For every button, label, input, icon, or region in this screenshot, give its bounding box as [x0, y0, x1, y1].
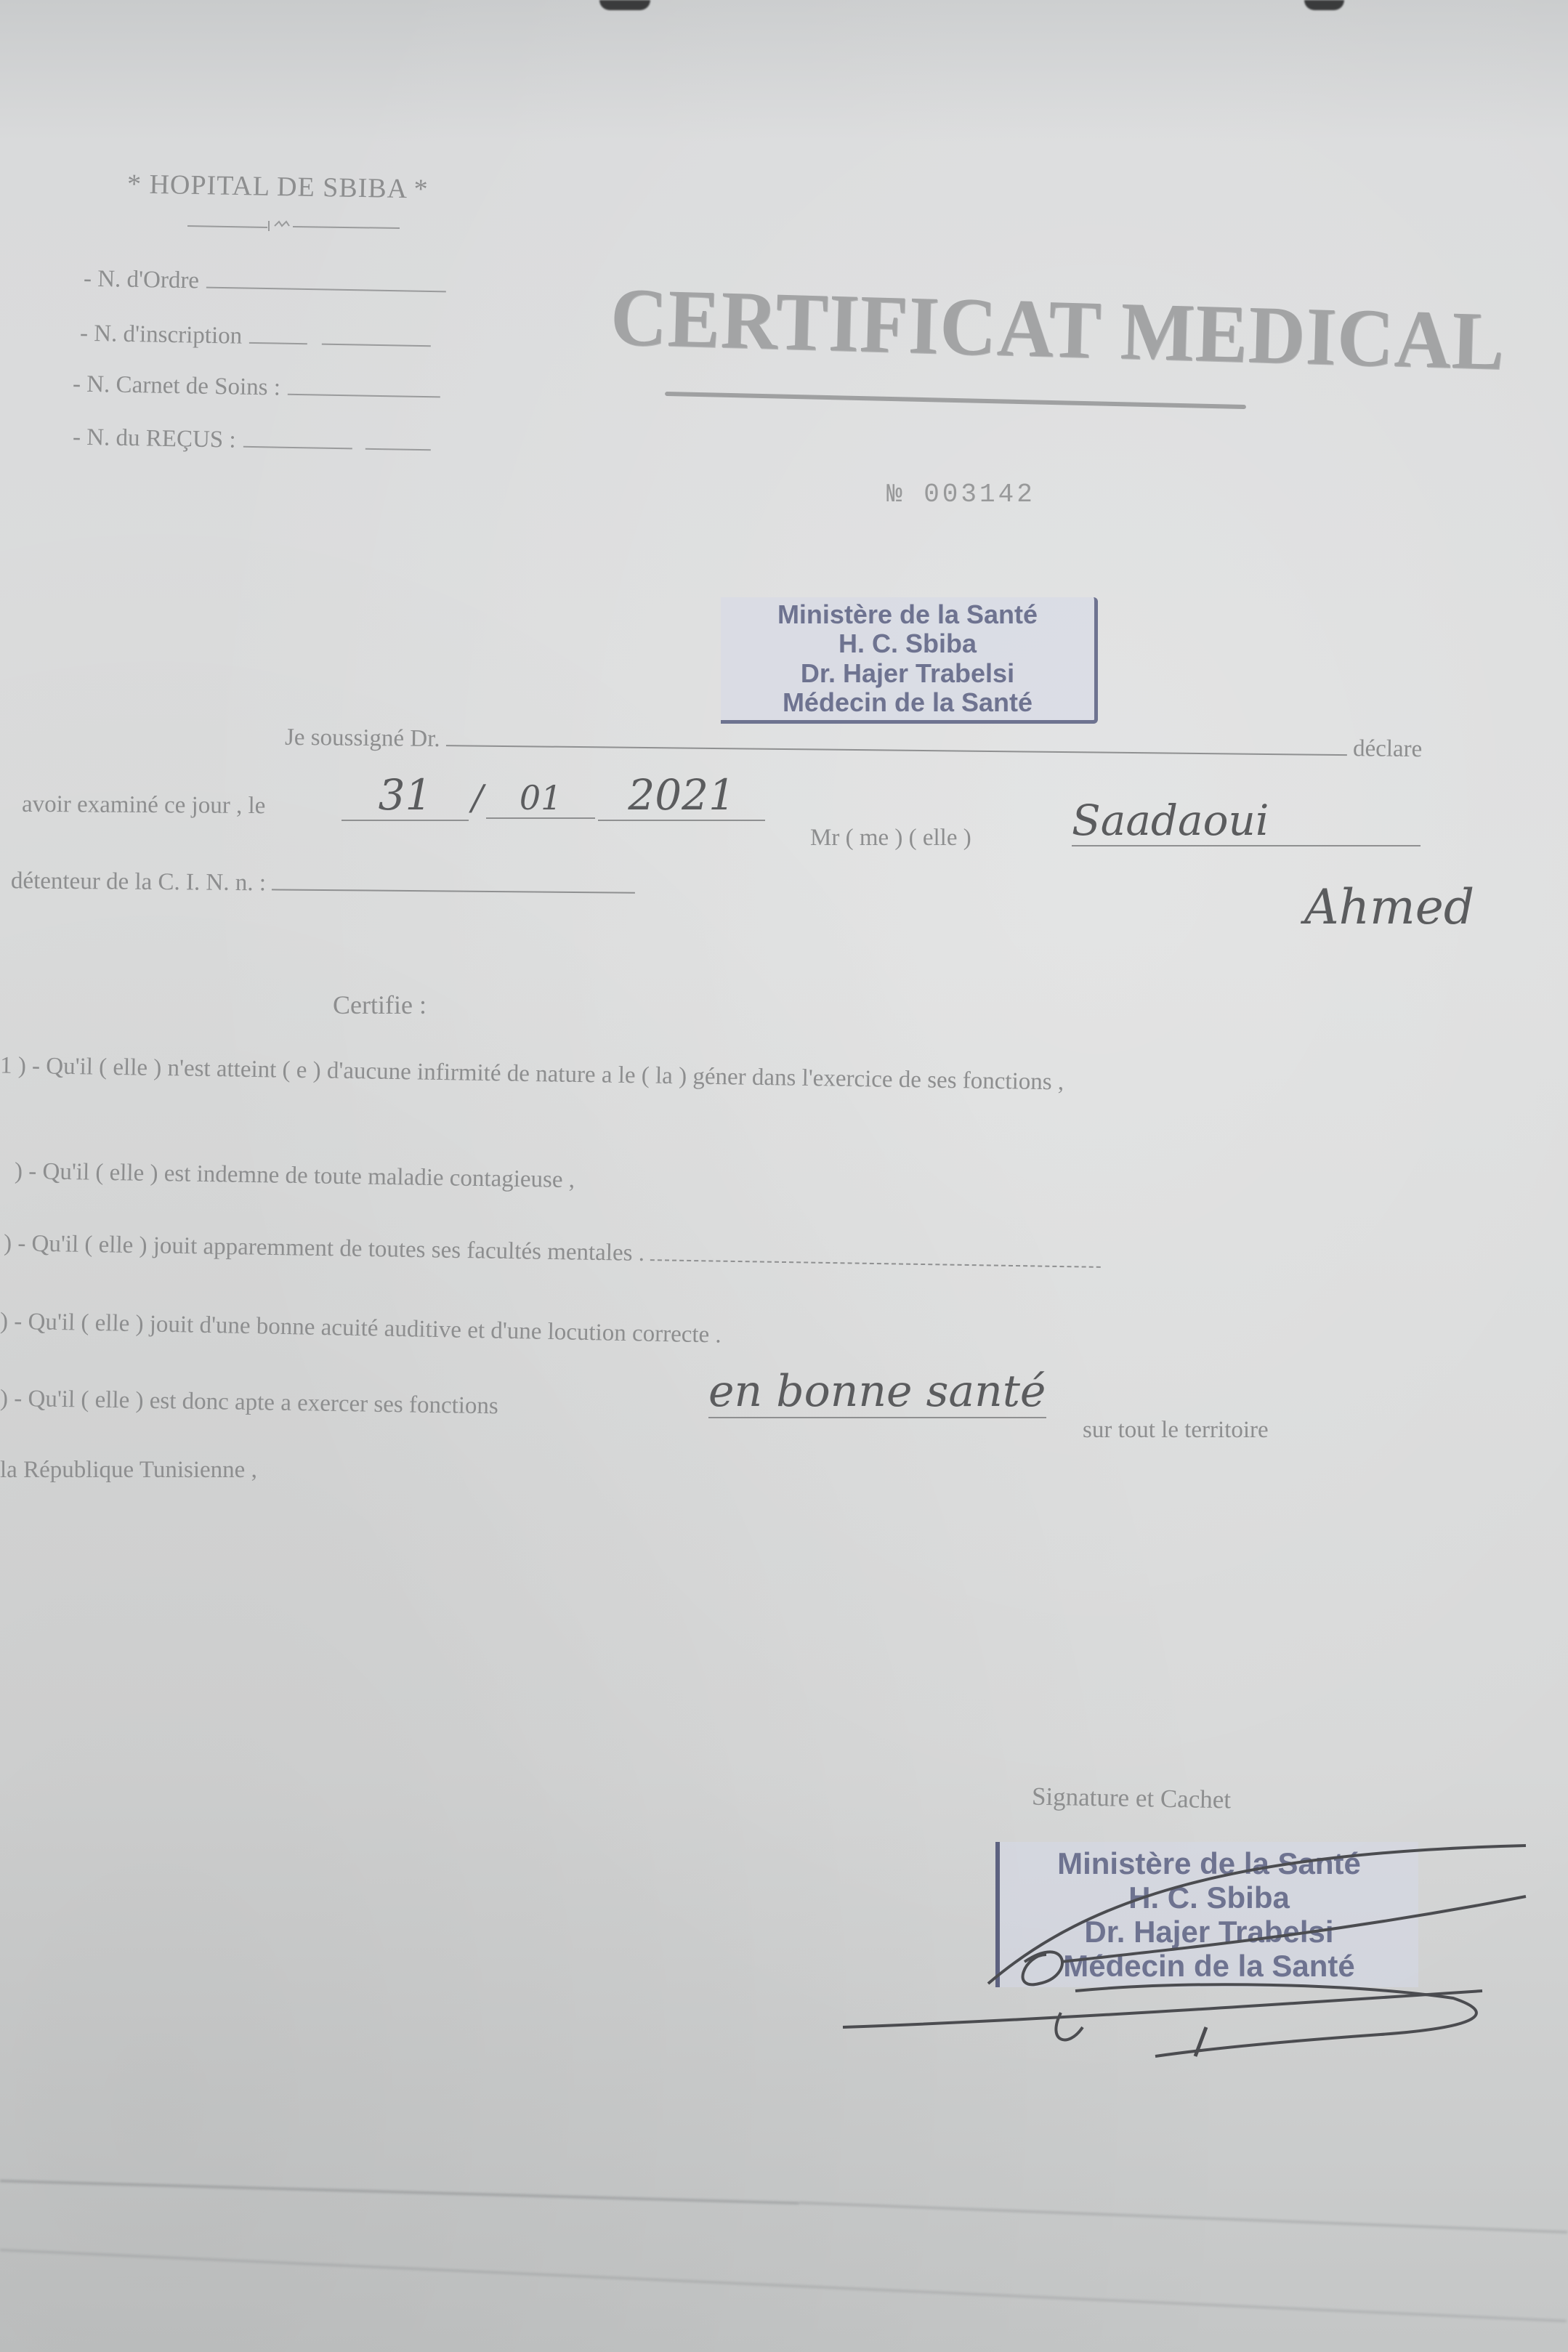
doctor-stamp-top: Ministère de la Santé H. C. Sbiba Dr. Ha… [721, 597, 1098, 724]
stamp-line-doctor: Dr. Hajer Trabelsi [725, 659, 1090, 688]
stamp-line-ministry: Ministère de la Santé [725, 600, 1090, 629]
exam-date-month[interactable]: 01 [486, 778, 595, 819]
care-book-number-field: - N. Carnet de Soins : [73, 371, 441, 405]
ornament-divider [187, 219, 400, 233]
statement-text: - Qu'il ( elle ) jouit apparemment de to… [17, 1230, 644, 1266]
exam-date-day[interactable]: 31 [342, 770, 469, 821]
cin-line: détenteur de la C. I. N. n. : [11, 868, 636, 900]
statement-number: ) [0, 1308, 8, 1334]
receipt-number-rule [365, 448, 430, 451]
receipt-number-label: - N. du REÇUS : [73, 424, 236, 453]
doctor-signature [828, 1809, 1526, 2071]
inscription-number-rule [322, 344, 431, 347]
title-underline [665, 392, 1246, 409]
binder-clip-shadow [599, 0, 650, 10]
stamp-line-title: Médecin de la Santé [725, 688, 1090, 717]
exam-date: 31 / 01 2021 [342, 770, 765, 821]
serial-number: № 003142 [886, 480, 1035, 509]
care-book-number-input[interactable] [288, 394, 440, 398]
care-book-number-label: - N. Carnet de Soins : [73, 371, 281, 401]
statement-number: 1 ) [0, 1053, 26, 1080]
statement-text: - Qu'il ( elle ) est indemne de toute ma… [28, 1158, 575, 1193]
receipt-number-input[interactable] [243, 446, 352, 450]
declare-label: déclare [1353, 735, 1423, 762]
stamp-line-hospital: H. C. Sbiba [725, 629, 1090, 658]
statement-5-suffix: sur tout le territoire [1083, 1417, 1269, 1444]
show-through-line [0, 2249, 1567, 2322]
show-through-line [0, 2180, 799, 2205]
cin-label: détenteur de la C. I. N. n. : [11, 868, 266, 896]
inscription-number-input[interactable] [249, 342, 307, 344]
order-number-label: - N. d'Ordre [84, 266, 200, 294]
date-separator: / [472, 777, 483, 818]
inscription-number-field: - N. d'inscription [80, 320, 432, 353]
show-through-line [799, 2202, 1567, 2234]
statement-4: ) - Qu'il ( elle ) jouit d'une bonne acu… [0, 1308, 722, 1349]
statement-text: - Qu'il ( elle ) n'est atteint ( e ) d'a… [32, 1053, 1064, 1095]
statement-2: ) - Qu'il ( elle ) est indemne de toute … [15, 1158, 575, 1194]
statement-text: - Qu'il ( elle ) jouit d'une bonne acuit… [14, 1309, 722, 1349]
examined-line: avoir examiné ce jour , le [22, 791, 266, 820]
hospital-name: * HOPITAL DE SBIBA * [127, 168, 429, 205]
statement-3: ) - Qu'il ( elle ) jouit apparemment de … [4, 1230, 1102, 1274]
statement-3-rule [650, 1259, 1101, 1268]
inscription-number-label: - N. d'inscription [80, 320, 243, 349]
closing-line: la République Tunisienne , [0, 1457, 257, 1484]
soussigne-line: Je soussigné Dr. déclare [285, 724, 1423, 763]
examined-label: avoir examiné ce jour , le [22, 791, 266, 819]
doctor-name-input[interactable] [446, 745, 1347, 756]
statement-1: 1 ) - Qu'il ( elle ) n'est atteint ( e )… [0, 1053, 1064, 1096]
binder-clip-shadow [1304, 0, 1344, 10]
statement-number: ) [15, 1158, 23, 1184]
patient-gender-label: Mr ( me ) ( elle ) [810, 825, 971, 852]
exam-date-year[interactable]: 2021 [598, 770, 765, 821]
statement-number: ) [0, 1386, 8, 1412]
certifie-label: Certifie : [333, 990, 427, 1020]
soussigne-label: Je soussigné Dr. [285, 724, 440, 752]
document-title: CERTIFICAT MEDICAL [609, 270, 1506, 390]
statement-number: ) [4, 1230, 12, 1256]
cin-input[interactable] [272, 889, 635, 893]
fitness-handwritten[interactable]: en bonne santé [708, 1366, 1046, 1418]
statement-text: - Qu'il ( elle ) est donc apte a exercer… [14, 1386, 498, 1419]
patient-surname[interactable]: Saadaoui [1072, 796, 1421, 846]
patient-firstname[interactable]: Ahmed [1304, 879, 1474, 935]
statement-5: ) - Qu'il ( elle ) est donc apte a exerc… [0, 1386, 498, 1421]
order-number-input[interactable] [206, 287, 446, 293]
order-number-field: - N. d'Ordre [84, 266, 447, 299]
receipt-number-field: - N. du REÇUS : [73, 424, 431, 458]
